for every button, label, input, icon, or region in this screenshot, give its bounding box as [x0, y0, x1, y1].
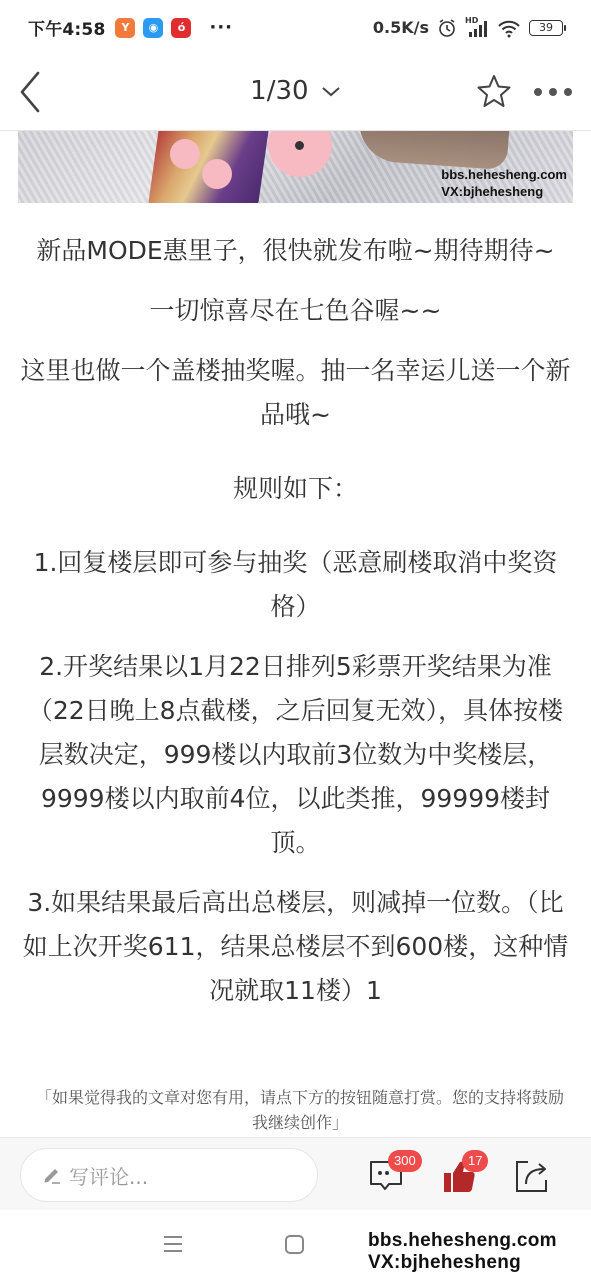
page-indicator: 1/30 [250, 76, 308, 106]
home-button[interactable] [284, 1234, 306, 1260]
like-count-badge: 17 [462, 1150, 488, 1172]
pencil-icon [41, 1164, 63, 1186]
rule-item: 2.开奖结果以1月22日排列5彩票开奖结果为准（22日晚上8点截楼，之后回复无效… [20, 645, 571, 865]
system-navigation-bar: bbs.hehesheng.com VX:bjhehesheng [0, 1210, 591, 1280]
menu-icon [162, 1234, 184, 1254]
more-options-button[interactable] [530, 79, 576, 105]
comment-count-badge: 300 [388, 1150, 422, 1172]
article-content[interactable]: bbs.hehesheng.com VX:bjhehesheng 新品MODE惠… [0, 131, 591, 1137]
share-icon [512, 1156, 552, 1196]
rule-item: 1.回复楼层即可参与抽奖（恶意刷楼取消中奖资格） [20, 541, 571, 629]
network-speed: 0.5K/s [373, 18, 429, 37]
article-image[interactable]: bbs.hehesheng.com VX:bjhehesheng [18, 131, 573, 203]
flower-decoration [170, 139, 200, 169]
back-button[interactable] [14, 69, 50, 115]
shopping-app-icon: Y [115, 18, 135, 38]
paragraph: 这里也做一个盖楼抽奖喔。抽一名幸运儿送一个新品哦~ [20, 349, 571, 437]
watermark-url: bbs.hehesheng.com [441, 166, 567, 183]
paragraph: 新品MODE惠里子，很快就发布啦~期待期待~ [20, 229, 571, 273]
notification-overflow-icon: ··· [209, 17, 233, 38]
status-time: 下午4:58 [28, 15, 105, 40]
chevron-left-icon [14, 69, 50, 115]
signal-icon: HD [465, 18, 489, 38]
paragraph: 一切惊喜尽在七色谷喔~~ [20, 289, 571, 333]
rules-heading: 规则如下： [20, 467, 571, 511]
comments-button[interactable]: 300 [366, 1156, 406, 1196]
comment-placeholder: 写评论... [69, 1161, 148, 1190]
status-bar: 下午4:58 Y ◉ ó ··· 0.5K/s HD 39 [0, 0, 591, 55]
alarm-icon [437, 18, 457, 38]
comment-input[interactable]: 写评论... [20, 1148, 318, 1202]
like-button[interactable]: 17 [440, 1156, 480, 1196]
square-icon [284, 1234, 306, 1256]
chevron-down-icon [321, 85, 341, 99]
star-icon [474, 72, 514, 112]
page-selector-dropdown[interactable]: 1/30 [250, 76, 341, 106]
flower-center [295, 141, 304, 150]
chat-app-icon: ◉ [143, 18, 163, 38]
reward-note: 「如果觉得我的文章对您有用，请点下方的按钮随意打赏。您的支持将鼓励我继续创作」 [30, 1085, 570, 1135]
music-app-icon: ó [171, 18, 191, 38]
flower-decoration [202, 159, 232, 189]
share-button[interactable] [512, 1156, 552, 1196]
watermark-contact: VX:bjhehesheng [368, 1252, 557, 1274]
wifi-icon [497, 18, 521, 38]
rule-item: 3.如果结果最后高出总楼层，则减掉一位数。（比如上次开奖611，结果总楼层不到6… [20, 881, 571, 1013]
battery-indicator: 39 [529, 20, 563, 36]
screen-watermark: bbs.hehesheng.com VX:bjhehesheng [368, 1230, 557, 1274]
watermark-contact: VX:bjhehesheng [441, 183, 567, 200]
navigation-bar: 1/30 [0, 55, 591, 131]
article-body: 新品MODE惠里子，很快就发布啦~期待期待~ 一切惊喜尽在七色谷喔~~ 这里也做… [0, 229, 591, 1029]
favorite-button[interactable] [474, 72, 514, 112]
more-horizontal-icon [530, 79, 576, 105]
watermark-url: bbs.hehesheng.com [368, 1230, 557, 1252]
bottom-action-bar: 写评论... 300 17 [0, 1137, 591, 1210]
recent-apps-button[interactable] [162, 1234, 184, 1258]
status-indicators: 0.5K/s HD 39 [373, 18, 563, 38]
image-watermark: bbs.hehesheng.com VX:bjhehesheng [441, 166, 567, 200]
